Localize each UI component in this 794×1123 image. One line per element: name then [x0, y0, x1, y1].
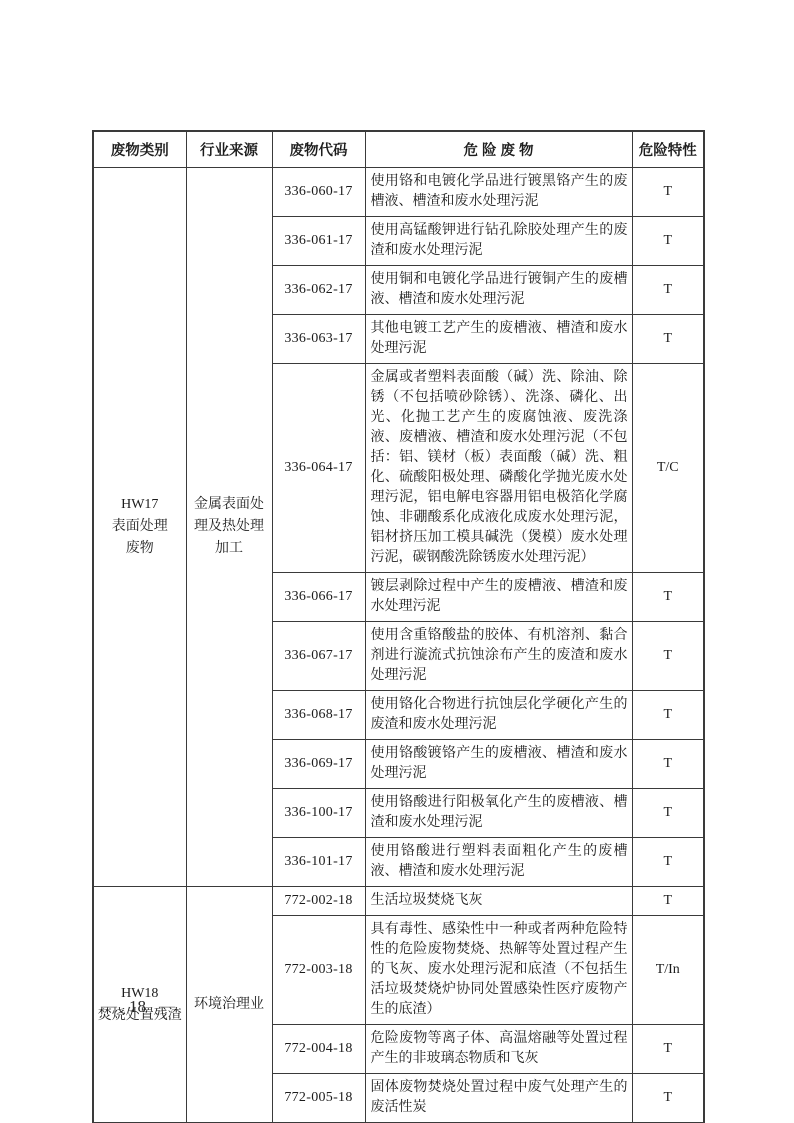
- waste-code-cell: 336-062-17: [272, 266, 365, 315]
- hazard-property-cell: T: [632, 622, 704, 691]
- waste-description-cell: 危险废物等离子体、高温熔融等处置过程产生的非玻璃态物质和飞灰: [365, 1025, 632, 1074]
- table-row: HW18 焚烧处置残渣 环境治理业 772-002-18 生活垃圾焚烧飞灰 T: [93, 887, 704, 916]
- column-header-waste-code: 废物代码: [272, 131, 365, 168]
- waste-code-cell: 336-063-17: [272, 315, 365, 364]
- waste-description-cell: 使用铬酸镀铬产生的废槽液、槽渣和废水处理污泥: [365, 740, 632, 789]
- hazard-property-cell: T: [632, 315, 704, 364]
- footer-right-dash: —: [159, 998, 174, 1016]
- waste-code-cell: 772-003-18: [272, 916, 365, 1025]
- waste-description-cell: 具有毒性、感染性中一种或者两种危险特性的危险废物焚烧、热解等处置过程产生的飞灰、…: [365, 916, 632, 1025]
- hazard-property-cell: T/C: [632, 364, 704, 573]
- waste-description-cell: 生活垃圾焚烧飞灰: [365, 887, 632, 916]
- hazard-property-cell: T: [632, 266, 704, 315]
- waste-code-cell: 336-060-17: [272, 168, 365, 217]
- industry-source-cell-hw18: 环境治理业: [186, 887, 272, 1123]
- waste-description-cell: 固体废物焚烧处置过程中废气处理产生的废活性炭: [365, 1074, 632, 1123]
- page-number: 18: [129, 997, 146, 1017]
- waste-code-cell: 336-100-17: [272, 789, 365, 838]
- hazard-property-cell: T: [632, 838, 704, 887]
- document-page: 废物类别 行业来源 废物代码 危 险 废 物 危险特性 HW17 表面处理 废物…: [0, 0, 794, 1123]
- waste-description-cell: 使用铬和电镀化学品进行镀黑铬产生的废槽液、槽渣和废水处理污泥: [365, 168, 632, 217]
- waste-code-cell: 772-004-18: [272, 1025, 365, 1074]
- waste-code-cell: 336-064-17: [272, 364, 365, 573]
- waste-category-cell-hw17: HW17 表面处理 废物: [93, 168, 186, 887]
- table-row: HW17 表面处理 废物 金属表面处 理及热处理 加工 336-060-17 使…: [93, 168, 704, 217]
- footer-left-dash: —: [101, 998, 116, 1016]
- waste-description-cell: 镀层剥除过程中产生的废槽液、槽渣和废水处理污泥: [365, 573, 632, 622]
- hazardous-waste-table: 废物类别 行业来源 废物代码 危 险 废 物 危险特性 HW17 表面处理 废物…: [92, 130, 705, 1123]
- waste-code-cell: 772-002-18: [272, 887, 365, 916]
- hazard-property-cell: T: [632, 740, 704, 789]
- column-header-hazard-property: 危险特性: [632, 131, 704, 168]
- waste-description-cell: 金属或者塑料表面酸（碱）洗、除油、除锈（不包括喷砂除锈）、洗涤、磷化、出光、化抛…: [365, 364, 632, 573]
- industry-source-cell-hw17: 金属表面处 理及热处理 加工: [186, 168, 272, 887]
- waste-description-cell: 使用高锰酸钾进行钻孔除胶处理产生的废渣和废水处理污泥: [365, 217, 632, 266]
- waste-code-cell: 772-005-18: [272, 1074, 365, 1123]
- waste-description-cell: 使用铬酸进行塑料表面粗化产生的废槽液、槽渣和废水处理污泥: [365, 838, 632, 887]
- waste-description-cell: 其他电镀工艺产生的废槽液、槽渣和废水处理污泥: [365, 315, 632, 364]
- waste-code-cell: 336-066-17: [272, 573, 365, 622]
- hazard-property-cell: T: [632, 1074, 704, 1123]
- waste-description-cell: 使用含重铬酸盐的胶体、有机溶剂、黏合剂进行漩流式抗蚀涂布产生的废渣和废水处理污泥: [365, 622, 632, 691]
- column-header-waste-category: 废物类别: [93, 131, 186, 168]
- waste-code-cell: 336-067-17: [272, 622, 365, 691]
- waste-description-cell: 使用铜和电镀化学品进行镀铜产生的废槽液、槽渣和废水处理污泥: [365, 266, 632, 315]
- table-header-row: 废物类别 行业来源 废物代码 危 险 废 物 危险特性: [93, 131, 704, 168]
- waste-code-cell: 336-069-17: [272, 740, 365, 789]
- waste-description-cell: 使用铬酸进行阳极氧化产生的废槽液、槽渣和废水处理污泥: [365, 789, 632, 838]
- waste-description-cell: 使用铬化合物进行抗蚀层化学硬化产生的废渣和废水处理污泥: [365, 691, 632, 740]
- hazard-property-cell: T: [632, 887, 704, 916]
- hazard-property-cell: T: [632, 573, 704, 622]
- waste-code-cell: 336-101-17: [272, 838, 365, 887]
- hazard-property-cell: T: [632, 217, 704, 266]
- column-header-hazardous-waste: 危 险 废 物: [365, 131, 632, 168]
- waste-code-cell: 336-068-17: [272, 691, 365, 740]
- hazard-property-cell: T: [632, 789, 704, 838]
- column-header-industry-source: 行业来源: [186, 131, 272, 168]
- hazard-property-cell: T/In: [632, 916, 704, 1025]
- page-footer: — 18 —: [101, 997, 174, 1017]
- hazard-property-cell: T: [632, 1025, 704, 1074]
- hazard-property-cell: T: [632, 691, 704, 740]
- waste-code-cell: 336-061-17: [272, 217, 365, 266]
- hazard-property-cell: T: [632, 168, 704, 217]
